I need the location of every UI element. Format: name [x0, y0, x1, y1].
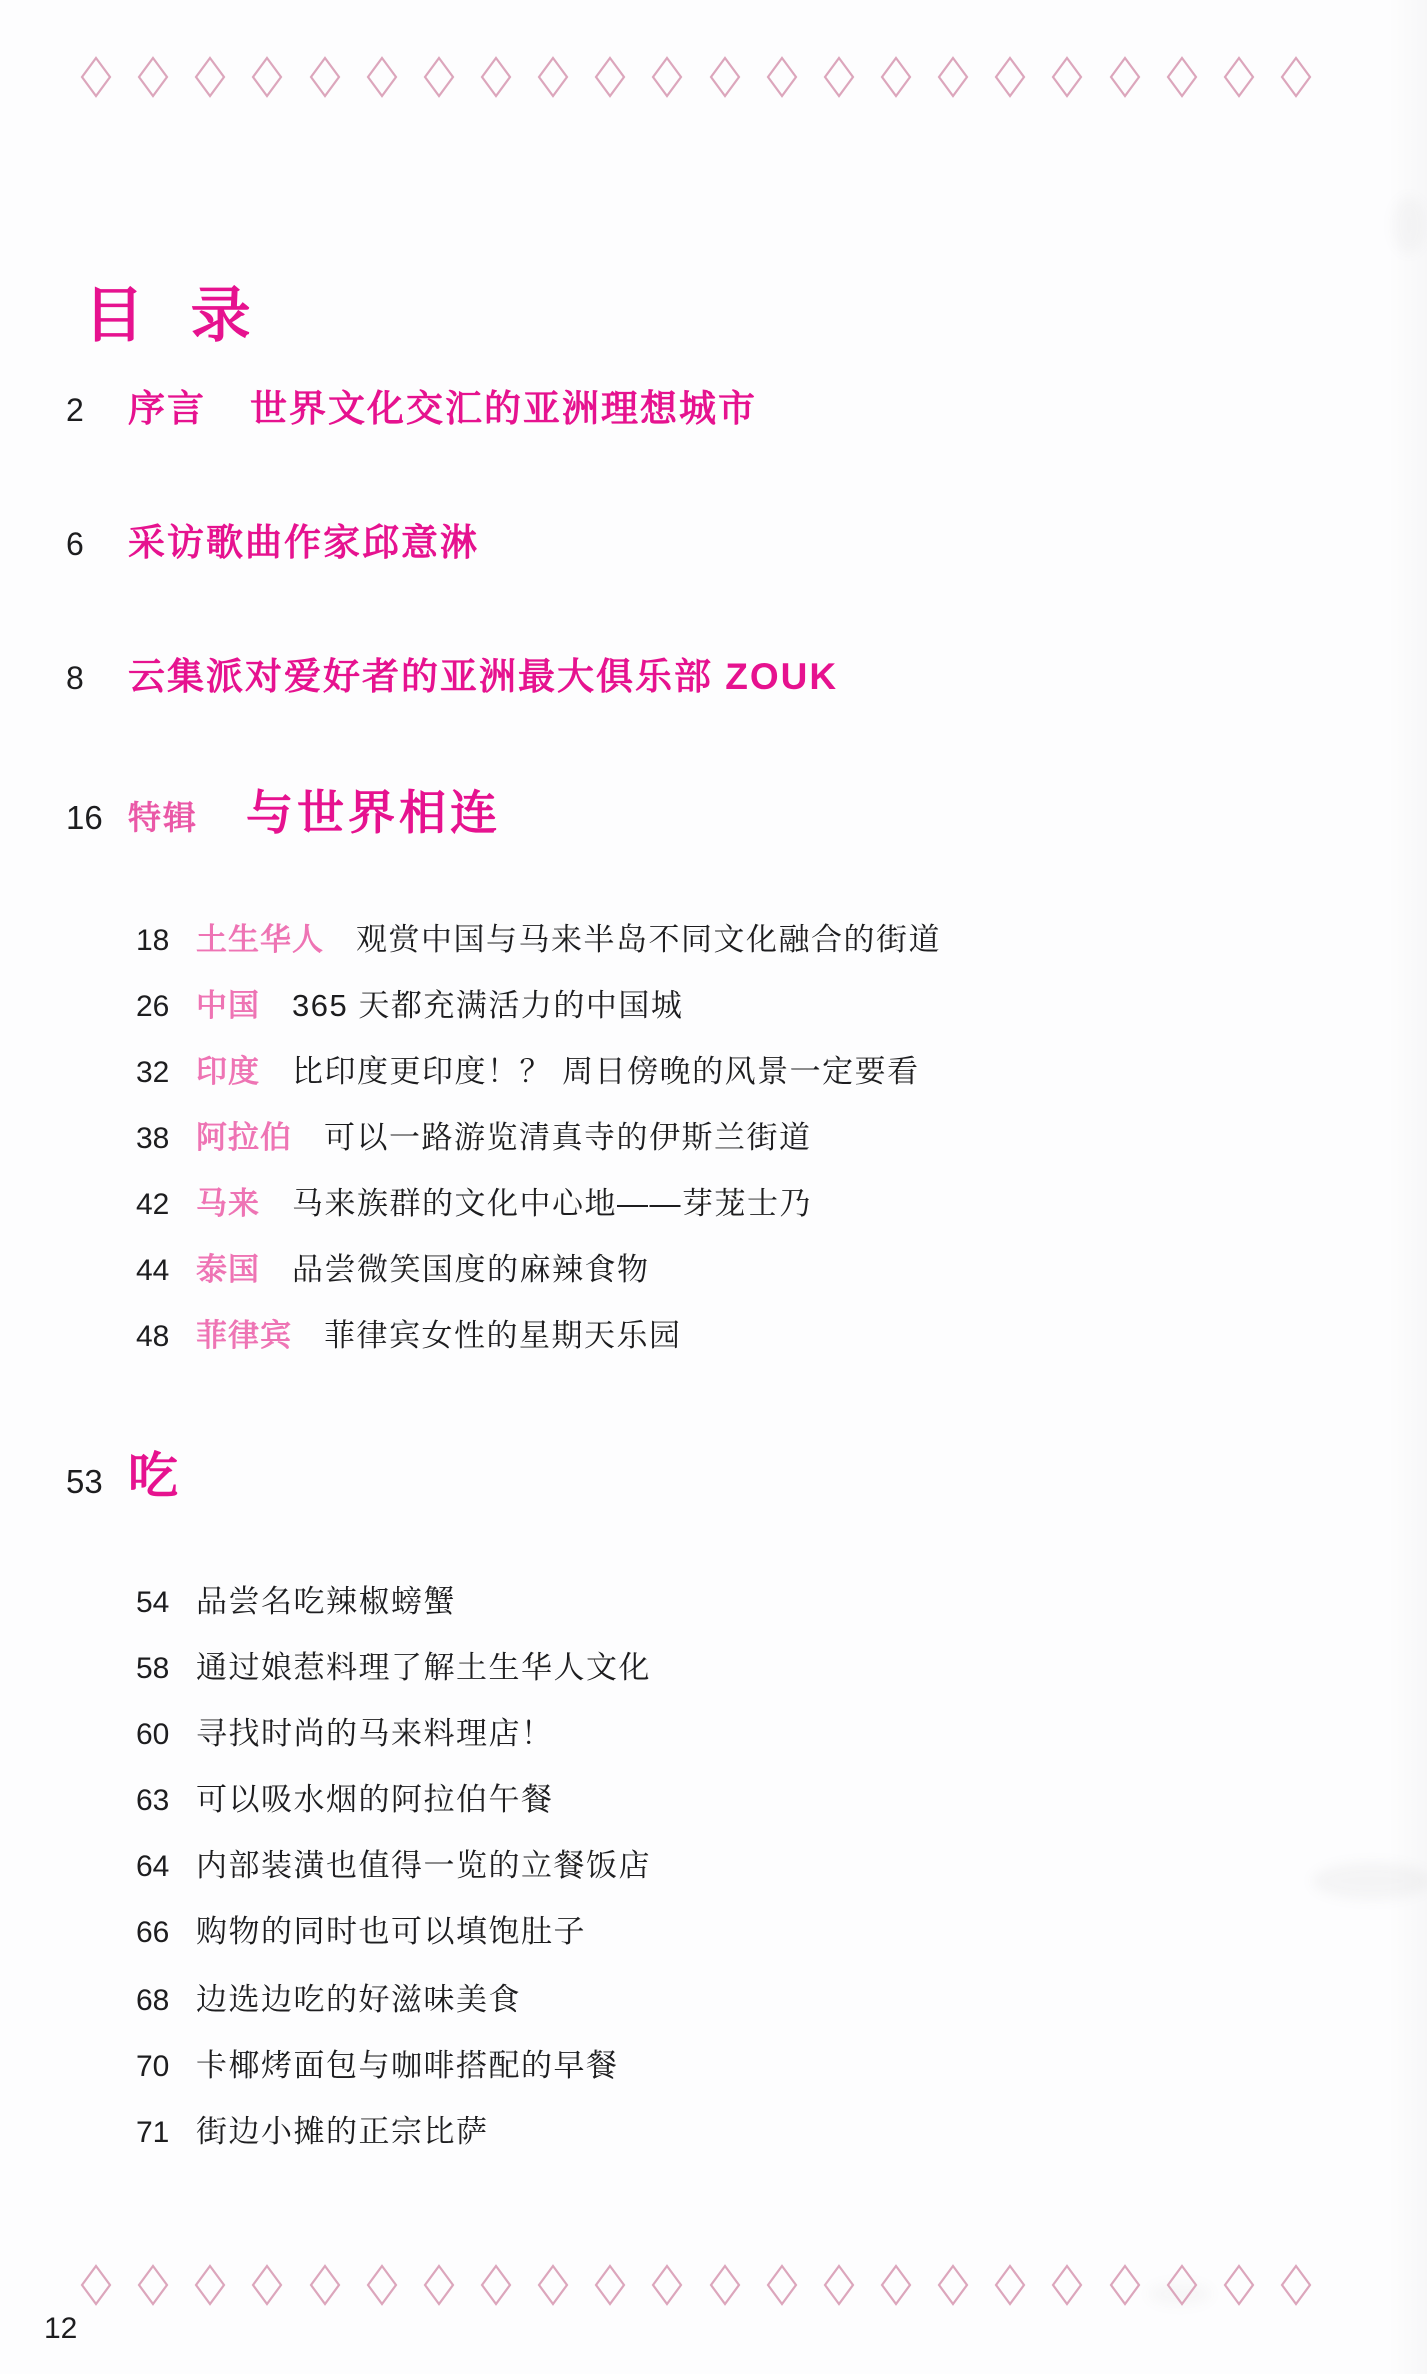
entry-category: 中国: [196, 980, 260, 1025]
diamond-icon: [766, 2264, 798, 2306]
entry-page-number: 71: [136, 2116, 196, 2150]
entry-page-number: 16: [66, 799, 128, 837]
diamond-icon: [823, 2264, 855, 2306]
entry-page-number: 44: [136, 1254, 196, 1288]
entry-page-number: 38: [136, 1122, 196, 1156]
entry-page-number: 63: [136, 1784, 196, 1818]
diamond-icon: [137, 2264, 169, 2306]
toc-subentry: 71 街边小摊的正宗比萨: [136, 2106, 489, 2151]
toc-subentry: 48 菲律宾 菲律宾女性的星期天乐园: [136, 1310, 682, 1355]
entry-title: 内部装潢也值得一览的立餐饭店: [196, 1840, 651, 1885]
entry-category: 印度: [196, 1046, 260, 1091]
diamond-icon: [80, 2264, 112, 2306]
diamond-icon: [537, 2264, 569, 2306]
diamond-icon: [880, 2264, 912, 2306]
toc-entry-zouk: 8 云集派对爱好者的亚洲最大俱乐部 ZOUK: [66, 646, 838, 700]
toc-subentry: 66 购物的同时也可以填饱肚子: [136, 1906, 586, 1951]
diamond-icon: [423, 56, 455, 98]
entry-page-number: 6: [66, 526, 128, 563]
diamond-icon: [594, 2264, 626, 2306]
diamond-icon: [994, 2264, 1026, 2306]
scan-smudge: [1312, 1862, 1427, 1900]
scan-smudge: [1392, 196, 1426, 254]
entry-page-number: 64: [136, 1850, 196, 1884]
toc-subentry: 42 马来 马来族群的文化中心地——芽茏士乃: [136, 1178, 812, 1223]
diamond-icon: [137, 56, 169, 98]
entry-title: 购物的同时也可以填饱肚子: [196, 1906, 586, 1951]
toc-section-eat: 53 吃: [66, 1436, 180, 1508]
diamond-icon: [480, 56, 512, 98]
diamond-icon: [251, 2264, 283, 2306]
page-title: 目 录: [84, 286, 253, 346]
entry-title: 边选边吃的好滋味美食: [196, 1974, 521, 2019]
entry-category: 马来: [196, 1178, 260, 1223]
entry-page-number: 60: [136, 1718, 196, 1752]
toc-subentry: 60 寻找时尚的马来料理店！: [136, 1708, 554, 1753]
diamond-icon: [651, 2264, 683, 2306]
entry-title: 365 天都充满活力的中国城: [292, 980, 683, 1025]
entry-page-number: 42: [136, 1188, 196, 1222]
diamond-icon: [366, 2264, 398, 2306]
entry-page-number: 48: [136, 1320, 196, 1354]
entry-category: 土生华人: [196, 914, 324, 959]
entry-title: 菲律宾女性的星期天乐园: [324, 1310, 682, 1355]
top-diamond-border: [80, 56, 1312, 98]
entry-title: 采访歌曲作家邱意淋: [128, 512, 479, 566]
entry-page-number: 8: [66, 660, 128, 697]
entry-page-number: 58: [136, 1652, 196, 1686]
diamond-icon: [937, 2264, 969, 2306]
entry-category: 泰国: [196, 1244, 260, 1289]
entry-page-number: 66: [136, 1916, 196, 1950]
diamond-icon: [366, 56, 398, 98]
diamond-icon: [1223, 2264, 1255, 2306]
toc-subentry: 32 印度 比印度更印度！？ 周日傍晚的风景一定要看: [136, 1046, 920, 1091]
entry-page-number: 70: [136, 2050, 196, 2084]
toc-subentry: 44 泰国 品尝微笑国度的麻辣食物: [136, 1244, 650, 1289]
diamond-icon: [937, 56, 969, 98]
entry-title: 比印度更印度！？ 周日傍晚的风景一定要看: [292, 1046, 920, 1091]
toc-subentry: 70 卡椰烤面包与咖啡搭配的早餐: [136, 2040, 619, 2085]
toc-entry-interview: 6 采访歌曲作家邱意淋: [66, 512, 479, 566]
toc-scan-page: 目 录 2 序言 世界文化交汇的亚洲理想城市 6 采访歌曲作家邱意淋 8 云集派…: [0, 0, 1427, 2374]
bottom-diamond-border: [80, 2264, 1312, 2306]
diamond-icon: [651, 56, 683, 98]
diamond-icon: [1280, 56, 1312, 98]
section-label: 特辑: [128, 792, 198, 839]
entry-title: 马来族群的文化中心地——芽茏士乃: [292, 1178, 812, 1223]
toc-subentry: 68 边选边吃的好滋味美食: [136, 1974, 521, 2019]
entry-title: 品尝微笑国度的麻辣食物: [292, 1244, 650, 1289]
section-title: 与世界相连: [246, 776, 501, 843]
entry-title: 可以吸水烟的阿拉伯午餐: [196, 1774, 554, 1819]
diamond-icon: [823, 56, 855, 98]
toc-subentry: 18 土生华人 观赏中国与马来半岛不同文化融合的街道: [136, 914, 941, 959]
toc-subentry: 64 内部装潢也值得一览的立餐饭店: [136, 1840, 651, 1885]
diamond-icon: [80, 56, 112, 98]
diamond-icon: [1166, 2264, 1198, 2306]
diamond-icon: [1223, 56, 1255, 98]
diamond-icon: [594, 56, 626, 98]
diamond-icon: [880, 56, 912, 98]
toc-subentry: 26 中国 365 天都充满活力的中国城: [136, 980, 683, 1025]
diamond-icon: [1051, 56, 1083, 98]
diamond-icon: [194, 56, 226, 98]
entry-page-number: 18: [136, 924, 196, 958]
diamond-icon: [1109, 56, 1141, 98]
diamond-icon: [1166, 56, 1198, 98]
page-edge-shade: [1387, 0, 1427, 2374]
entry-title: 寻找时尚的马来料理店！: [196, 1708, 554, 1753]
diamond-icon: [537, 56, 569, 98]
diamond-icon: [1280, 2264, 1312, 2306]
entry-title: 卡椰烤面包与咖啡搭配的早餐: [196, 2040, 619, 2085]
folio-page-number: 12: [44, 2312, 77, 2346]
diamond-icon: [1051, 2264, 1083, 2306]
diamond-icon: [709, 56, 741, 98]
entry-page-number: 32: [136, 1056, 196, 1090]
toc-subentry: 63 可以吸水烟的阿拉伯午餐: [136, 1774, 554, 1819]
entry-category: 阿拉伯: [196, 1112, 292, 1157]
entry-page-number: 26: [136, 990, 196, 1024]
diamond-icon: [309, 56, 341, 98]
entry-title: 世界文化交汇的亚洲理想城市: [250, 378, 757, 432]
entry-page-number: 53: [66, 1463, 128, 1501]
entry-title: 可以一路游览清真寺的伊斯兰街道: [324, 1112, 812, 1157]
diamond-icon: [994, 56, 1026, 98]
diamond-icon: [766, 56, 798, 98]
diamond-icon: [423, 2264, 455, 2306]
entry-title: 通过娘惹料理了解土生华人文化: [196, 1642, 651, 1687]
diamond-icon: [194, 2264, 226, 2306]
toc-section-special: 16 特辑 与世界相连: [66, 776, 501, 843]
entry-title: 品尝名吃辣椒螃蟹: [196, 1576, 456, 1621]
entry-title: 街边小摊的正宗比萨: [196, 2106, 489, 2151]
toc-subentry: 58 通过娘惹料理了解土生华人文化: [136, 1642, 651, 1687]
diamond-icon: [1109, 2264, 1141, 2306]
section-title: 吃: [128, 1436, 180, 1508]
entry-title: 观赏中国与马来半岛不同文化融合的街道: [356, 914, 941, 959]
diamond-icon: [251, 56, 283, 98]
toc-subentry: 54 品尝名吃辣椒螃蟹: [136, 1576, 456, 1621]
diamond-icon: [309, 2264, 341, 2306]
entry-page-number: 68: [136, 1984, 196, 2018]
entry-title: 云集派对爱好者的亚洲最大俱乐部 ZOUK: [128, 646, 838, 700]
entry-page-number: 54: [136, 1586, 196, 1620]
entry-page-number: 2: [66, 392, 128, 429]
entry-label: 序言: [128, 378, 206, 432]
diamond-icon: [480, 2264, 512, 2306]
toc-entry-preface: 2 序言 世界文化交汇的亚洲理想城市: [66, 378, 757, 432]
diamond-icon: [709, 2264, 741, 2306]
entry-category: 菲律宾: [196, 1310, 292, 1355]
toc-subentry: 38 阿拉伯 可以一路游览清真寺的伊斯兰街道: [136, 1112, 812, 1157]
